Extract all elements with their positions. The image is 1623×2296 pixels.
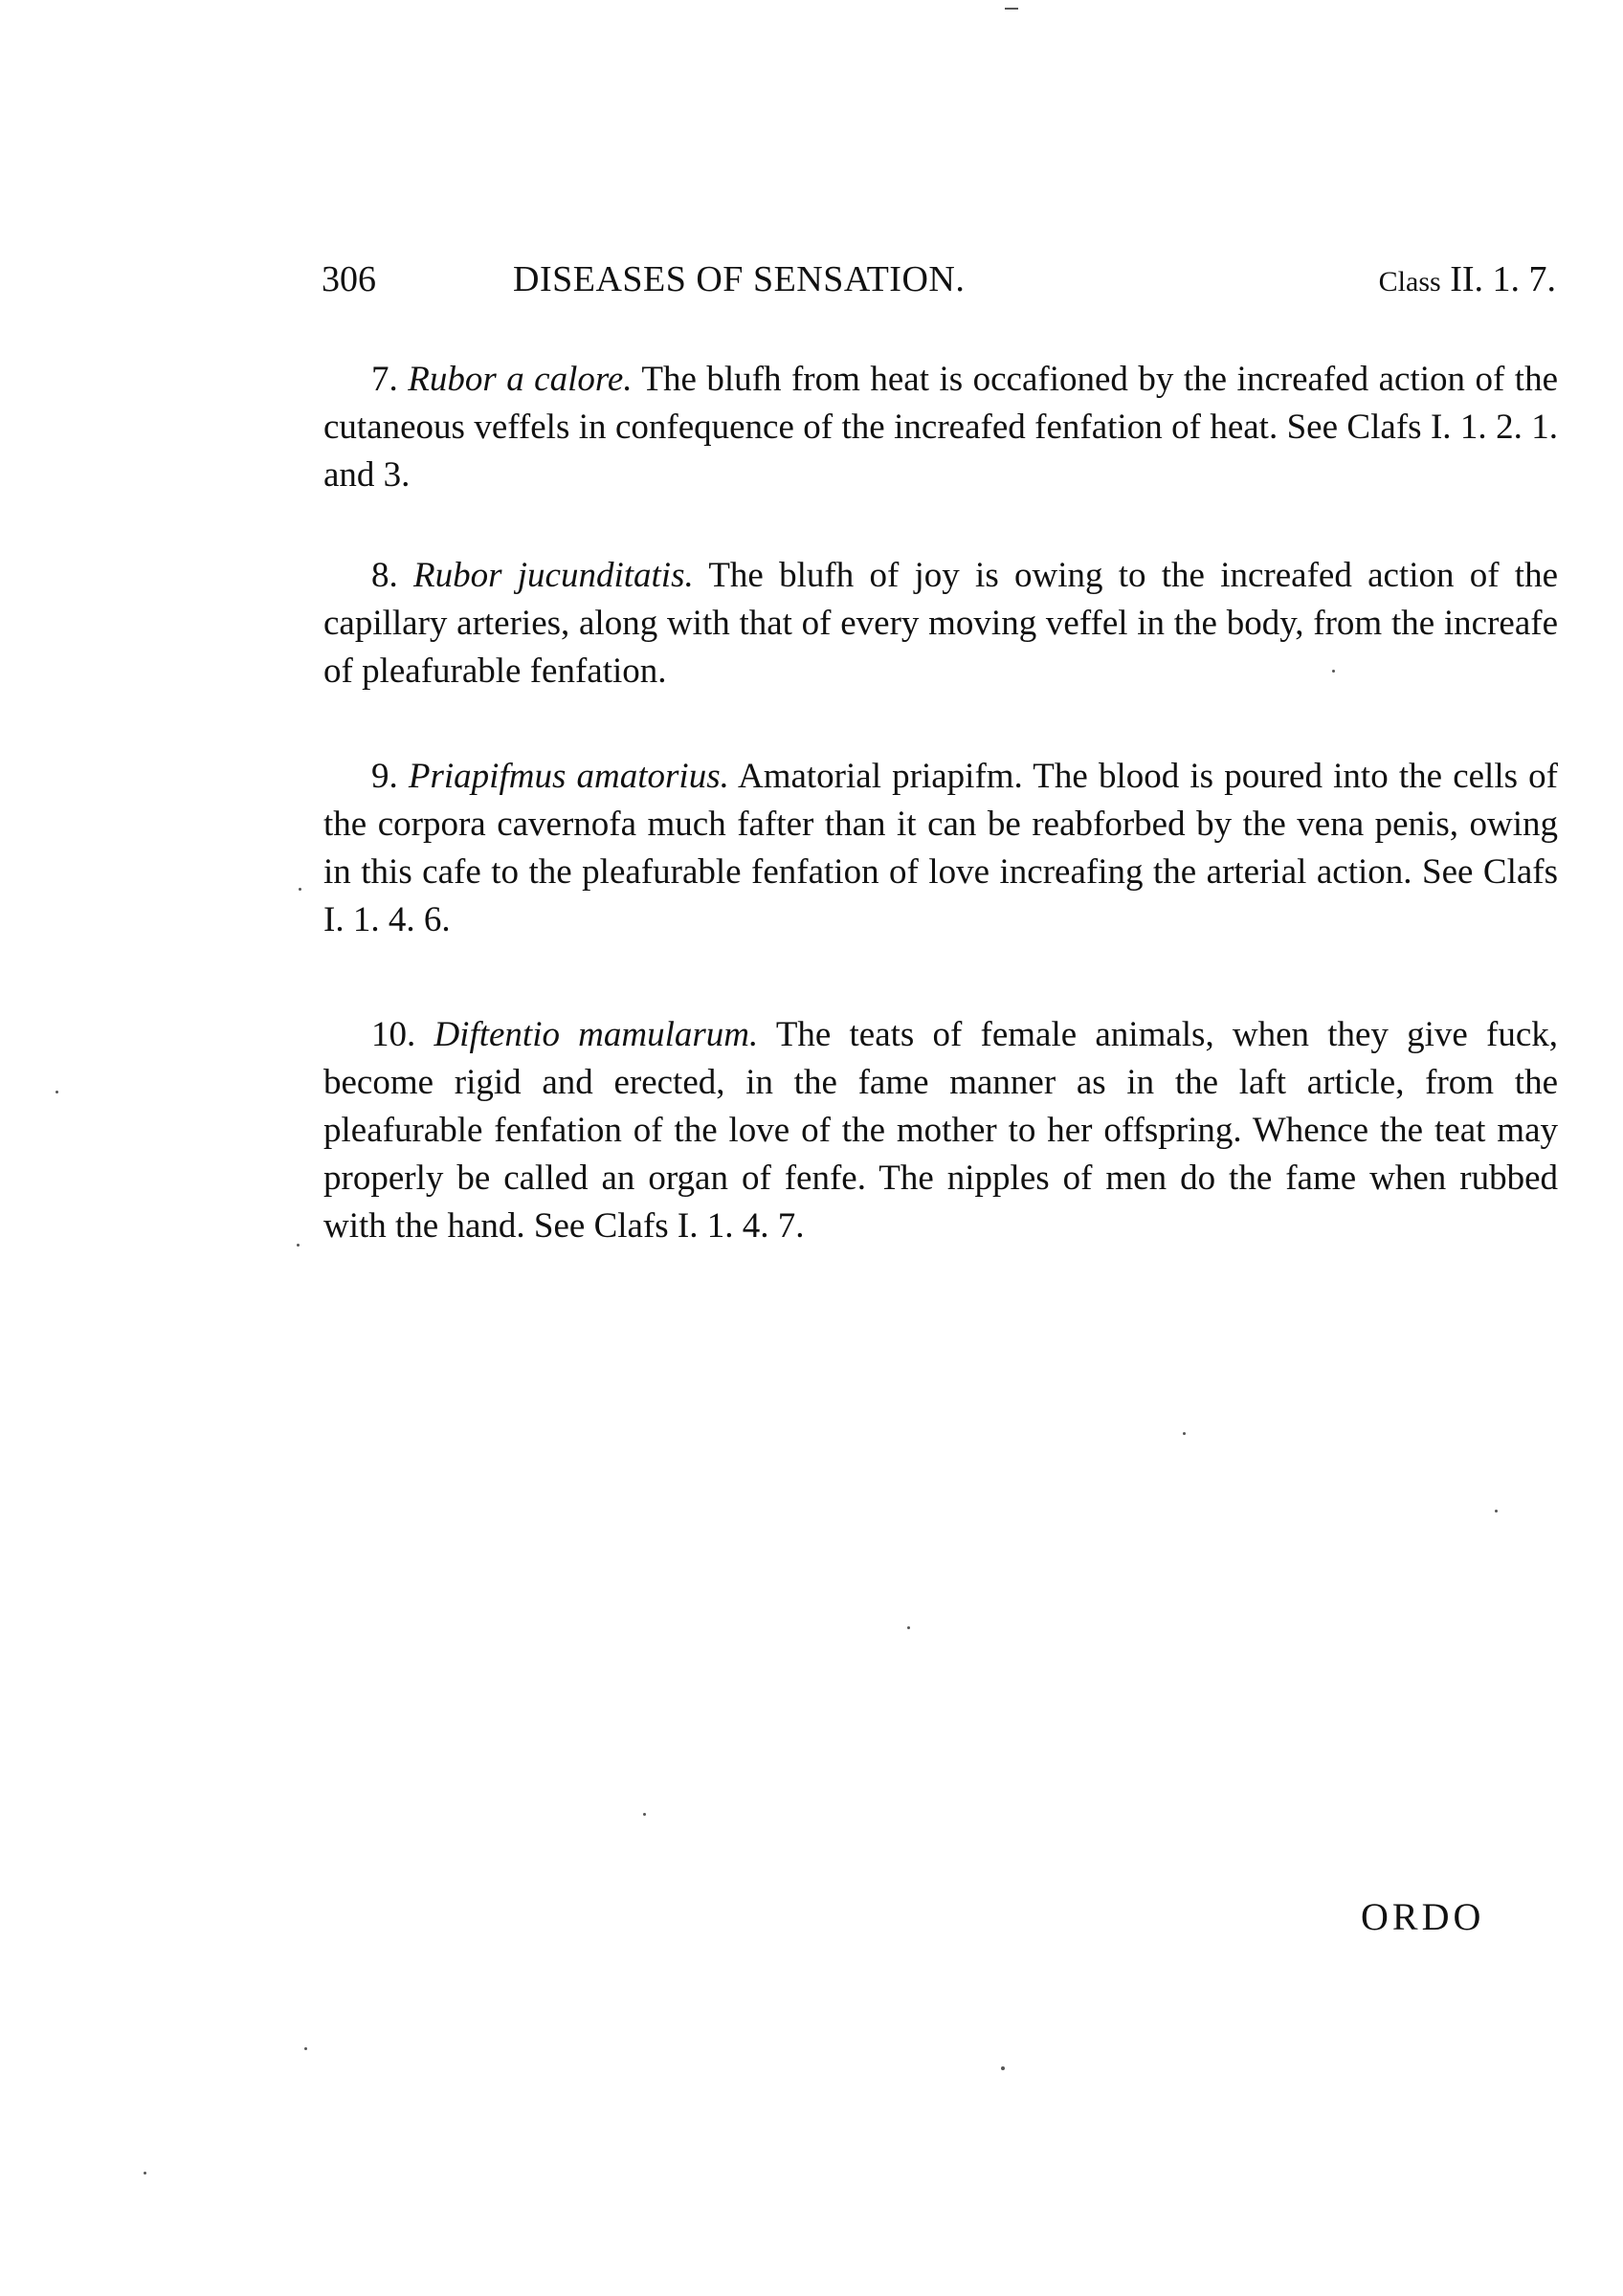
print-speck bbox=[1005, 8, 1018, 10]
page-header: 306 DISEASES OF SENSATION. Class II. 1. … bbox=[322, 251, 1556, 308]
catchword: ORDO bbox=[1361, 1894, 1484, 1939]
latin-term: Rubor a calore. bbox=[408, 360, 632, 399]
class-number: II. 1. 7. bbox=[1441, 259, 1556, 299]
latin-term: Priapifmus amatorius. bbox=[409, 757, 729, 796]
print-speck bbox=[297, 1244, 300, 1247]
paragraph-7: 7. Rubor a calore. The blufh from heat i… bbox=[323, 356, 1558, 499]
print-speck bbox=[643, 1813, 646, 1816]
print-speck bbox=[304, 2047, 307, 2050]
paragraph-number: 9. bbox=[371, 757, 398, 796]
paragraph-number: 10. bbox=[371, 1015, 415, 1054]
print-speck bbox=[1332, 670, 1335, 673]
paragraph-number: 8. bbox=[371, 556, 398, 595]
paragraph-10: 10. Diftentio mamularum. The teats of fe… bbox=[323, 1011, 1558, 1250]
print-speck bbox=[56, 1091, 58, 1093]
print-speck bbox=[1183, 1432, 1186, 1435]
paragraph-number: 7. bbox=[371, 360, 398, 399]
class-reference: Class II. 1. 7. bbox=[1379, 251, 1556, 311]
latin-term: Rubor jucunditatis. bbox=[413, 556, 694, 595]
print-speck bbox=[299, 888, 301, 891]
paragraph-8: 8. Rubor jucunditatis. The blufh of joy … bbox=[323, 552, 1558, 695]
running-title: DISEASES OF SENSATION. bbox=[513, 251, 965, 308]
class-label: Class bbox=[1379, 266, 1441, 298]
page-number: 306 bbox=[322, 251, 376, 308]
print-speck bbox=[1001, 2066, 1005, 2070]
print-speck bbox=[1495, 1510, 1498, 1512]
print-speck bbox=[907, 1626, 910, 1629]
latin-term: Diftentio mamularum. bbox=[434, 1015, 758, 1054]
print-speck bbox=[144, 2172, 146, 2175]
book-page: 306 DISEASES OF SENSATION. Class II. 1. … bbox=[0, 0, 1623, 2296]
paragraph-9: 9. Priapifmus amatorius. Amatorial priap… bbox=[323, 753, 1558, 944]
